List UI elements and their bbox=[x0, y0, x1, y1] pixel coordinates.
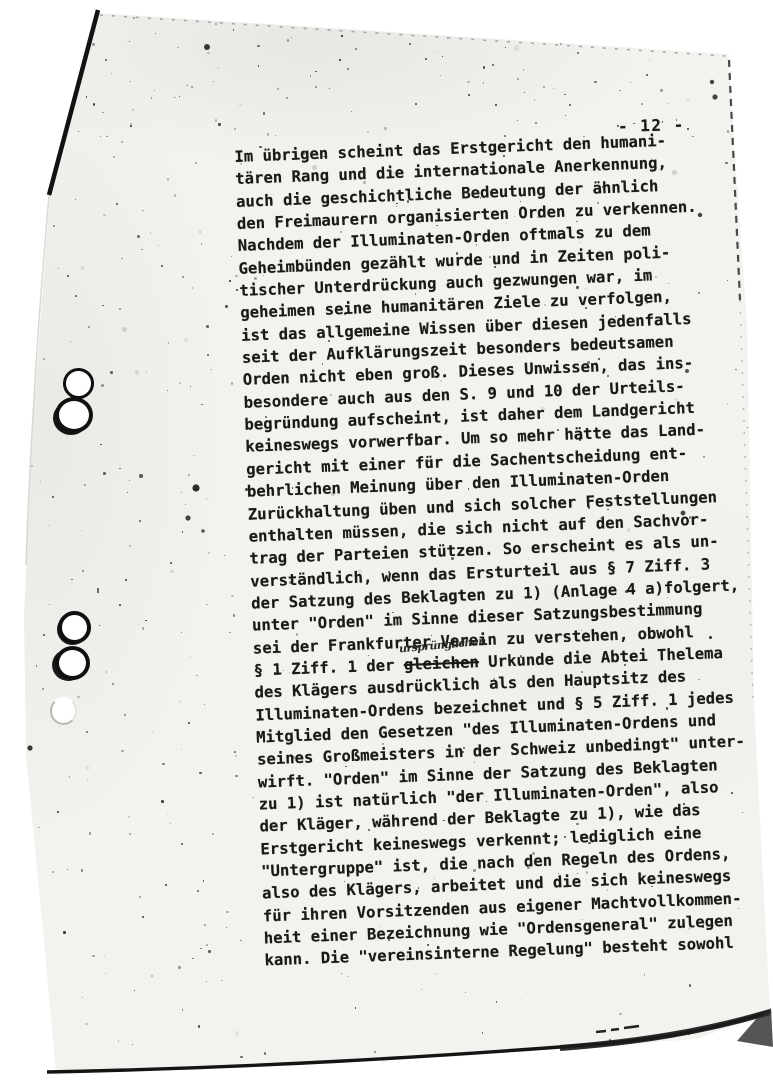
punch-hole bbox=[55, 646, 90, 680]
body-text: Im übrigen scheint das Erstgericht den h… bbox=[234, 126, 773, 972]
punch-hole bbox=[55, 397, 93, 433]
punch-hole bbox=[61, 366, 96, 401]
scanned-document-page: - 12 - Im übrigen scheint das Erstgerich… bbox=[0, 0, 773, 1080]
punch-hole-faint bbox=[50, 697, 77, 725]
corrected-word: gleichenursprünglichen bbox=[403, 651, 479, 676]
punch-hole bbox=[58, 611, 91, 644]
paper-sheet: - 12 - Im übrigen scheint das Erstgerich… bbox=[0, 0, 773, 1080]
text-segment: § 1 Ziff. 1 der bbox=[253, 656, 404, 680]
struck-word: gleichen bbox=[403, 653, 479, 674]
